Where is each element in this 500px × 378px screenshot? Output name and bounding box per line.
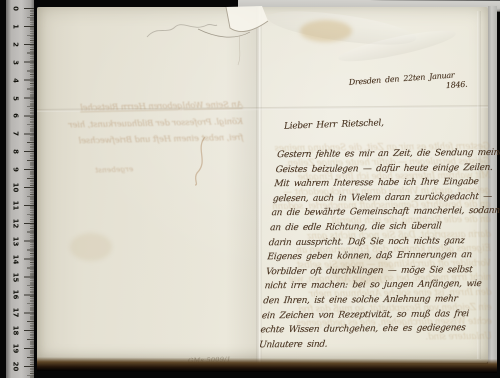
ruler-number: 14 [11, 252, 20, 266]
ruler-number: 13 [11, 234, 20, 248]
ruler-number: 5 [11, 91, 20, 105]
ruler-number: 18 [11, 324, 20, 338]
ruler-number: 4 [11, 73, 20, 87]
stain [70, 233, 112, 261]
pencil-scribble [143, 17, 219, 45]
letter-line: nicht irre machen: bei so jungen Anfänge… [264, 277, 493, 294]
ruler-number: 19 [11, 342, 20, 356]
ruler-number: 8 [11, 145, 20, 159]
letter-dateline: Dresden den 22ten Januar 1846. [349, 68, 490, 97]
ruler-number: 1 [11, 19, 20, 33]
ruler-number: 12 [11, 216, 20, 230]
letter-sheet: An Seine Wohlgeboren Herrn RietschelKöni… [37, 7, 488, 363]
photo-backdrop: 01234567891011121314151617181920 An Sein… [0, 0, 500, 378]
ruler-number: 2 [11, 37, 20, 51]
ruler-number: 10 [11, 181, 20, 195]
letter-line: Unlautere sind. [258, 336, 487, 353]
ruler: 01234567891011121314151617181920 [6, 0, 34, 378]
ruler-number: 0 [11, 2, 20, 16]
verso-bleedthrough: An Seine Wohlgeboren Herrn RietschelKöni… [45, 97, 244, 151]
letter-body: Gestern fehlte es mir an Zeit, die Sendu… [258, 146, 500, 353]
verso-ghost-flourish [187, 135, 213, 187]
ruler-number: 16 [11, 288, 20, 302]
ruler-number: 20 [11, 360, 20, 374]
letter-line: an die bewährte Gemeinschaft mancherlei,… [271, 204, 500, 221]
ruler-number: 3 [11, 55, 20, 69]
verso-ghost-signoff: ergebenst [95, 164, 133, 174]
letter-line: echte Wissen durchgehen, ehe es gediegen… [260, 321, 489, 338]
letter-salutation: Lieber Herr Rietschel, [284, 118, 384, 131]
ruler-ticks [24, 8, 34, 378]
ruler-number: 17 [11, 306, 20, 320]
ruler-number: 7 [11, 127, 20, 141]
ruler-number: 11 [11, 198, 20, 212]
ruler-number: 9 [11, 163, 20, 177]
ruler-number: 15 [11, 270, 20, 284]
paper-bottom-edge-shadow [37, 357, 497, 373]
ruler-number: 6 [11, 109, 20, 123]
